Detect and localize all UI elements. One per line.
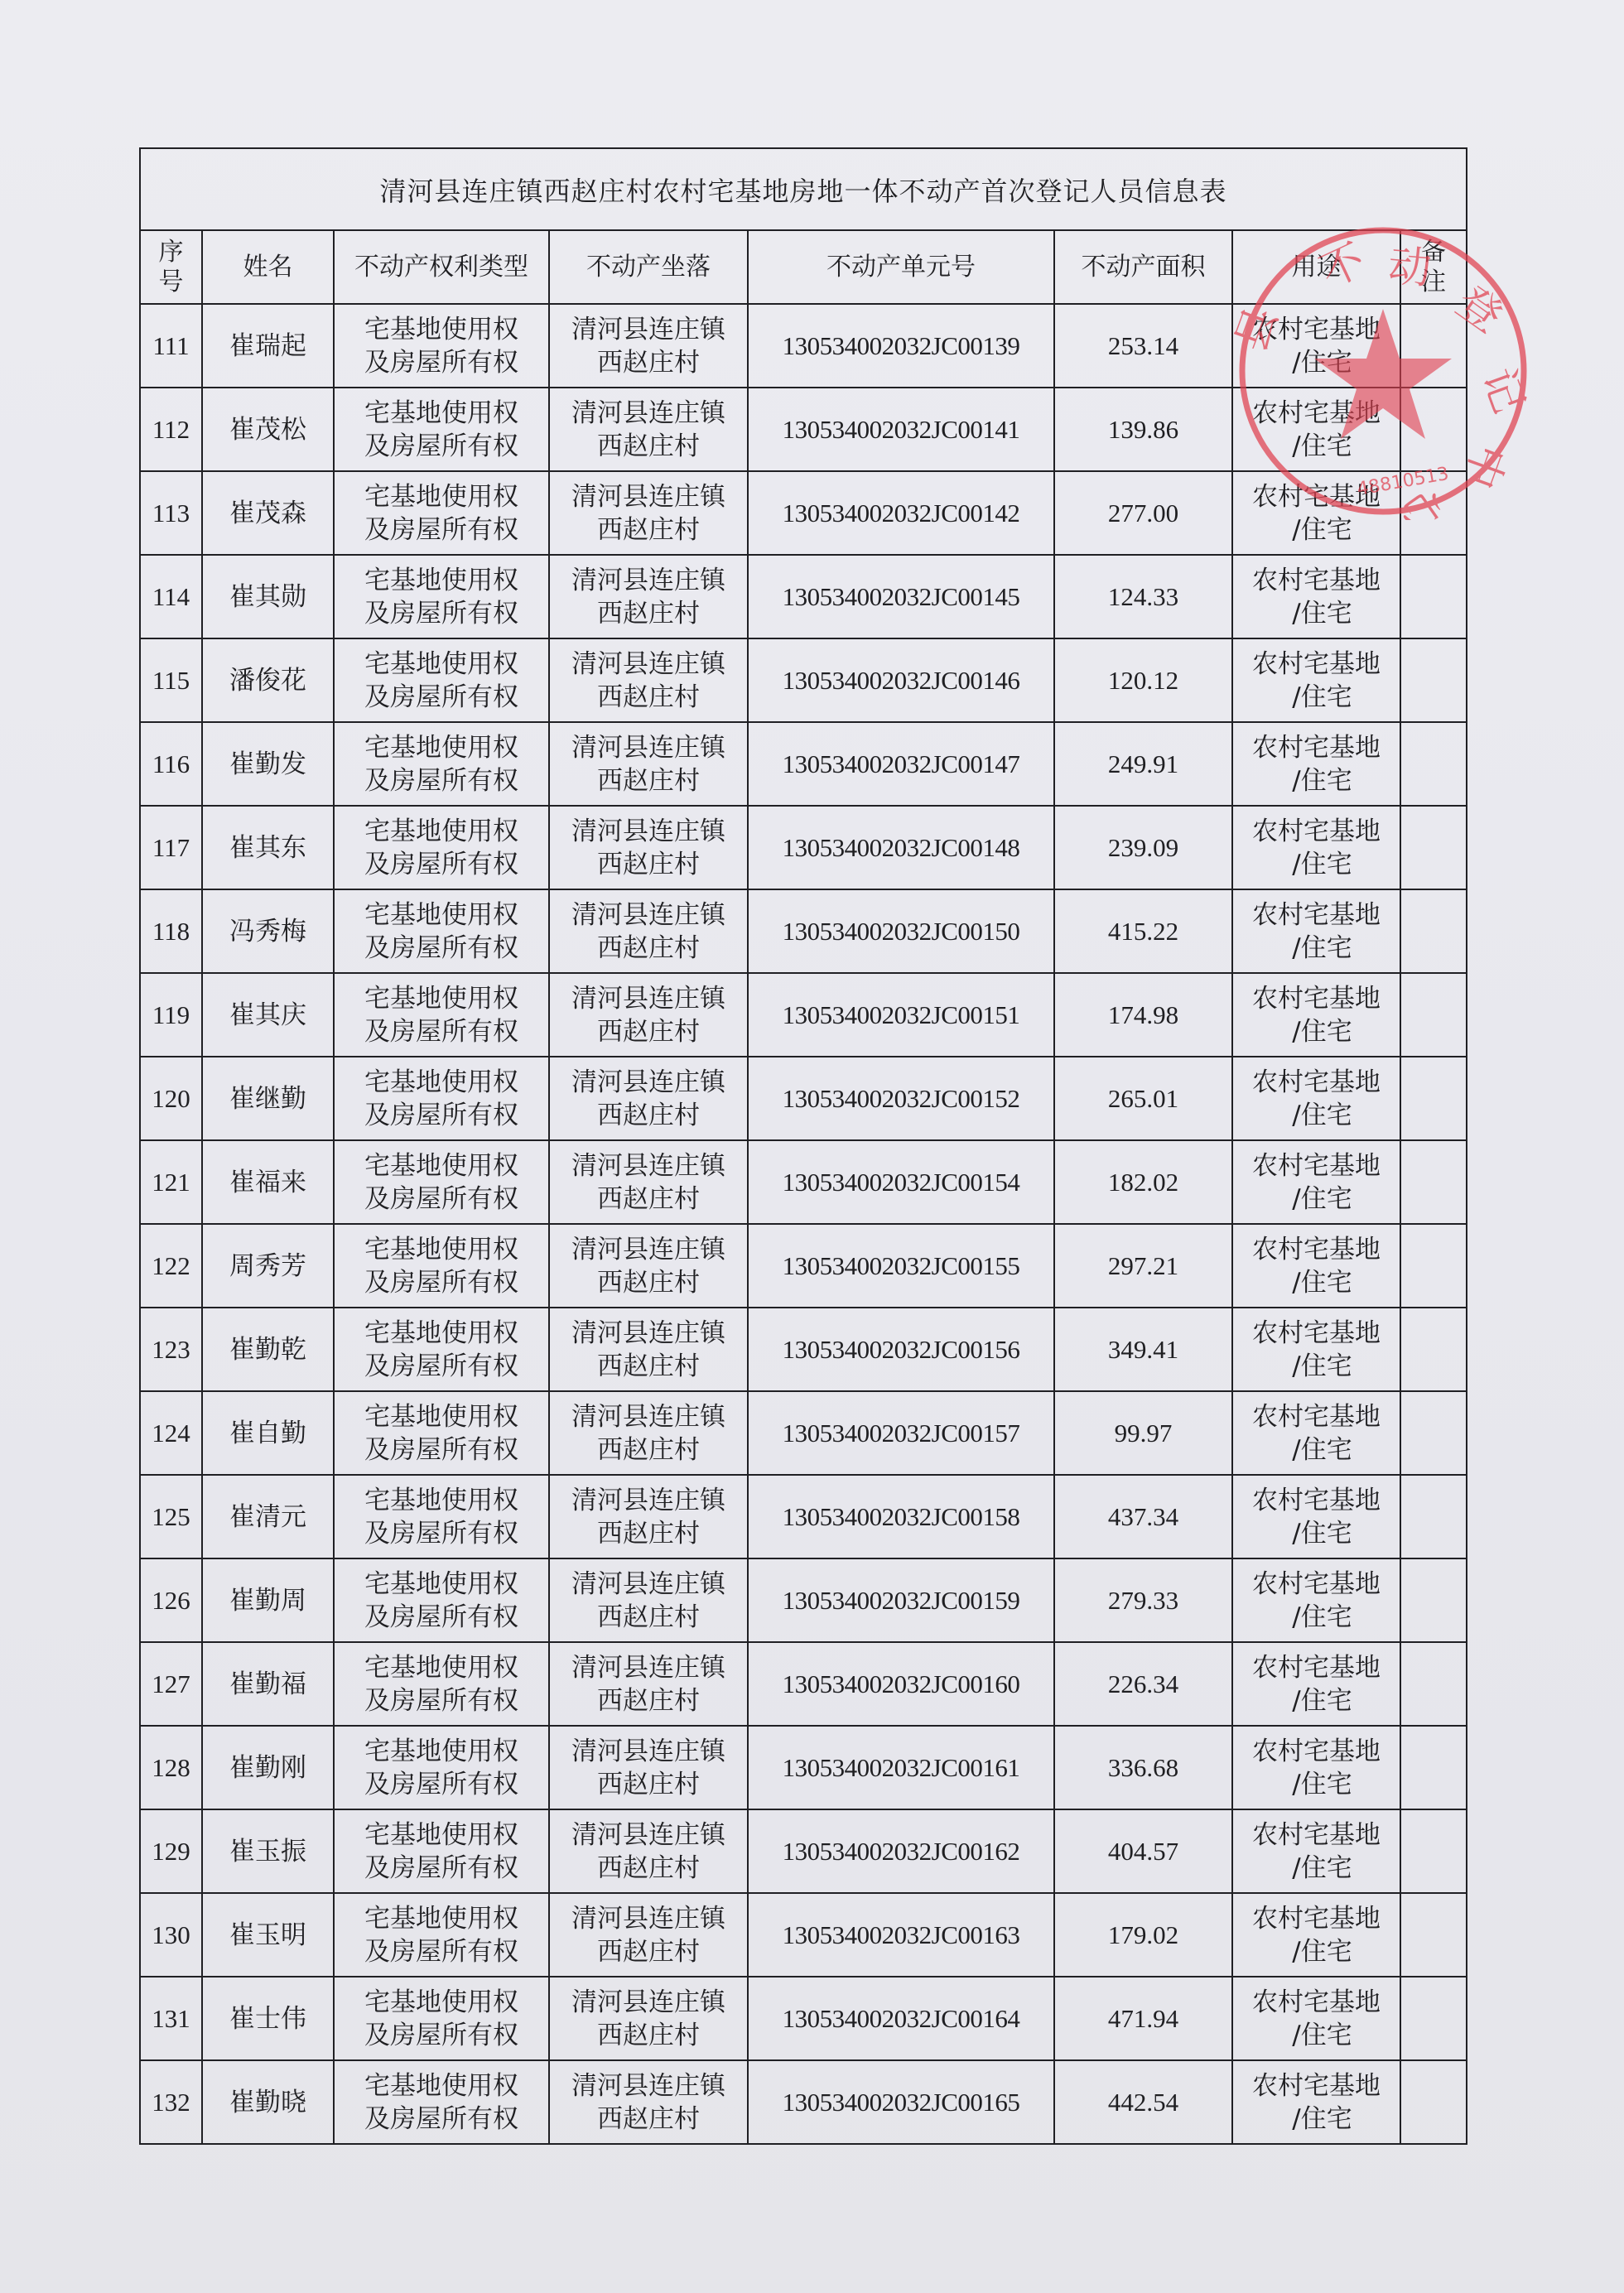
cell-right-type: 宅基地使用权及房屋所有权 <box>334 388 549 471</box>
cell-usage: 农村宅基地/住宅 <box>1232 471 1400 555</box>
table-row: 117崔其东宅基地使用权及房屋所有权清河县连庄镇西赵庄村130534002032… <box>140 806 1467 889</box>
scanned-page: 清河县连庄镇西赵庄村农村宅基地房地一体不动产首次登记人员信息表 序 号 姓名 不… <box>0 0 1624 2293</box>
cell-unit-no: 130534002032JC00139 <box>748 304 1054 388</box>
cell-index: 125 <box>140 1475 202 1558</box>
cell-unit-no: 130534002032JC00150 <box>748 889 1054 973</box>
table-row: 119崔其庆宅基地使用权及房屋所有权清河县连庄镇西赵庄村130534002032… <box>140 973 1467 1057</box>
cell-usage: 农村宅基地/住宅 <box>1232 1809 1400 1893</box>
table-title: 清河县连庄镇西赵庄村农村宅基地房地一体不动产首次登记人员信息表 <box>140 148 1467 230</box>
cell-right-type: 宅基地使用权及房屋所有权 <box>334 304 549 388</box>
cell-remark <box>1400 2060 1467 2144</box>
cell-name: 崔瑞起 <box>202 304 334 388</box>
table-row: 111崔瑞起宅基地使用权及房屋所有权清河县连庄镇西赵庄村130534002032… <box>140 304 1467 388</box>
header-index-line1: 序 <box>159 238 184 267</box>
cell-unit-no: 130534002032JC00165 <box>748 2060 1054 2144</box>
cell-index: 111 <box>140 304 202 388</box>
cell-name: 崔清元 <box>202 1475 334 1558</box>
cell-right-type: 宅基地使用权及房屋所有权 <box>334 1308 549 1391</box>
cell-area: 442.54 <box>1054 2060 1232 2144</box>
cell-name: 崔茂森 <box>202 471 334 555</box>
cell-area: 404.57 <box>1054 1809 1232 1893</box>
cell-index: 113 <box>140 471 202 555</box>
cell-unit-no: 130534002032JC00141 <box>748 388 1054 471</box>
cell-name: 崔其庆 <box>202 973 334 1057</box>
table-row: 129崔玉振宅基地使用权及房屋所有权清河县连庄镇西赵庄村130534002032… <box>140 1809 1467 1893</box>
cell-area: 336.68 <box>1054 1726 1232 1809</box>
table-row: 126崔勤周宅基地使用权及房屋所有权清河县连庄镇西赵庄村130534002032… <box>140 1558 1467 1642</box>
cell-right-type: 宅基地使用权及房屋所有权 <box>334 889 549 973</box>
cell-location: 清河县连庄镇西赵庄村 <box>549 304 748 388</box>
cell-location: 清河县连庄镇西赵庄村 <box>549 638 748 722</box>
cell-usage: 农村宅基地/住宅 <box>1232 388 1400 471</box>
cell-unit-no: 130534002032JC00156 <box>748 1308 1054 1391</box>
header-remark-line2: 注 <box>1421 267 1446 296</box>
cell-name: 崔其东 <box>202 806 334 889</box>
cell-usage: 农村宅基地/住宅 <box>1232 1057 1400 1140</box>
cell-unit-no: 130534002032JC00142 <box>748 471 1054 555</box>
cell-remark <box>1400 889 1467 973</box>
cell-usage: 农村宅基地/住宅 <box>1232 555 1400 638</box>
cell-location: 清河县连庄镇西赵庄村 <box>549 388 748 471</box>
cell-area: 471.94 <box>1054 1977 1232 2060</box>
cell-unit-no: 130534002032JC00154 <box>748 1140 1054 1224</box>
cell-location: 清河县连庄镇西赵庄村 <box>549 722 748 806</box>
cell-location: 清河县连庄镇西赵庄村 <box>549 1475 748 1558</box>
cell-location: 清河县连庄镇西赵庄村 <box>549 1057 748 1140</box>
cell-right-type: 宅基地使用权及房屋所有权 <box>334 1140 549 1224</box>
header-remark: 备 注 <box>1400 230 1467 304</box>
cell-area: 226.34 <box>1054 1642 1232 1726</box>
cell-index: 120 <box>140 1057 202 1140</box>
cell-location: 清河县连庄镇西赵庄村 <box>549 2060 748 2144</box>
cell-usage: 农村宅基地/住宅 <box>1232 1140 1400 1224</box>
cell-area: 279.33 <box>1054 1558 1232 1642</box>
cell-area: 139.86 <box>1054 388 1232 471</box>
cell-location: 清河县连庄镇西赵庄村 <box>549 471 748 555</box>
cell-unit-no: 130534002032JC00160 <box>748 1642 1054 1726</box>
cell-unit-no: 130534002032JC00155 <box>748 1224 1054 1308</box>
cell-right-type: 宅基地使用权及房屋所有权 <box>334 1893 549 1977</box>
table-row: 114崔其勋宅基地使用权及房屋所有权清河县连庄镇西赵庄村130534002032… <box>140 555 1467 638</box>
header-name: 姓名 <box>202 230 334 304</box>
cell-unit-no: 130534002032JC00146 <box>748 638 1054 722</box>
cell-area: 182.02 <box>1054 1140 1232 1224</box>
cell-name: 崔福来 <box>202 1140 334 1224</box>
cell-area: 174.98 <box>1054 973 1232 1057</box>
cell-right-type: 宅基地使用权及房屋所有权 <box>334 1057 549 1140</box>
cell-location: 清河县连庄镇西赵庄村 <box>549 1893 748 1977</box>
cell-usage: 农村宅基地/住宅 <box>1232 1642 1400 1726</box>
cell-location: 清河县连庄镇西赵庄村 <box>549 1224 748 1308</box>
cell-area: 120.12 <box>1054 638 1232 722</box>
cell-remark <box>1400 1391 1467 1475</box>
cell-index: 126 <box>140 1558 202 1642</box>
header-location: 不动产坐落 <box>549 230 748 304</box>
cell-right-type: 宅基地使用权及房屋所有权 <box>334 1475 549 1558</box>
cell-usage: 农村宅基地/住宅 <box>1232 889 1400 973</box>
cell-name: 崔玉明 <box>202 1893 334 1977</box>
cell-right-type: 宅基地使用权及房屋所有权 <box>334 2060 549 2144</box>
table-row: 123崔勤乾宅基地使用权及房屋所有权清河县连庄镇西赵庄村130534002032… <box>140 1308 1467 1391</box>
cell-index: 119 <box>140 973 202 1057</box>
table-row: 118冯秀梅宅基地使用权及房屋所有权清河县连庄镇西赵庄村130534002032… <box>140 889 1467 973</box>
cell-index: 131 <box>140 1977 202 2060</box>
header-unit-no: 不动产单元号 <box>748 230 1054 304</box>
cell-name: 崔勤福 <box>202 1642 334 1726</box>
registration-table: 清河县连庄镇西赵庄村农村宅基地房地一体不动产首次登记人员信息表 序 号 姓名 不… <box>139 147 1467 2145</box>
cell-location: 清河县连庄镇西赵庄村 <box>549 1809 748 1893</box>
cell-index: 121 <box>140 1140 202 1224</box>
cell-area: 99.97 <box>1054 1391 1232 1475</box>
cell-remark <box>1400 1057 1467 1140</box>
table-row: 127崔勤福宅基地使用权及房屋所有权清河县连庄镇西赵庄村130534002032… <box>140 1642 1467 1726</box>
cell-remark <box>1400 1726 1467 1809</box>
cell-name: 崔玉振 <box>202 1809 334 1893</box>
cell-usage: 农村宅基地/住宅 <box>1232 2060 1400 2144</box>
cell-index: 128 <box>140 1726 202 1809</box>
cell-remark <box>1400 1475 1467 1558</box>
header-area: 不动产面积 <box>1054 230 1232 304</box>
cell-area: 297.21 <box>1054 1224 1232 1308</box>
table-row: 132崔勤晓宅基地使用权及房屋所有权清河县连庄镇西赵庄村130534002032… <box>140 2060 1467 2144</box>
cell-right-type: 宅基地使用权及房屋所有权 <box>334 1726 549 1809</box>
cell-index: 118 <box>140 889 202 973</box>
cell-usage: 农村宅基地/住宅 <box>1232 973 1400 1057</box>
cell-index: 116 <box>140 722 202 806</box>
cell-right-type: 宅基地使用权及房屋所有权 <box>334 1809 549 1893</box>
table-row: 120崔继勤宅基地使用权及房屋所有权清河县连庄镇西赵庄村130534002032… <box>140 1057 1467 1140</box>
cell-index: 122 <box>140 1224 202 1308</box>
table-row: 130崔玉明宅基地使用权及房屋所有权清河县连庄镇西赵庄村130534002032… <box>140 1893 1467 1977</box>
cell-location: 清河县连庄镇西赵庄村 <box>549 1391 748 1475</box>
cell-unit-no: 130534002032JC00148 <box>748 806 1054 889</box>
cell-right-type: 宅基地使用权及房屋所有权 <box>334 973 549 1057</box>
cell-area: 349.41 <box>1054 1308 1232 1391</box>
cell-remark <box>1400 806 1467 889</box>
cell-name: 崔勤乾 <box>202 1308 334 1391</box>
cell-unit-no: 130534002032JC00161 <box>748 1726 1054 1809</box>
cell-location: 清河县连庄镇西赵庄村 <box>549 889 748 973</box>
cell-remark <box>1400 1558 1467 1642</box>
cell-remark <box>1400 304 1467 388</box>
cell-right-type: 宅基地使用权及房屋所有权 <box>334 806 549 889</box>
cell-usage: 农村宅基地/住宅 <box>1232 638 1400 722</box>
cell-name: 崔茂松 <box>202 388 334 471</box>
header-row: 序 号 姓名 不动产权利类型 不动产坐落 不动产单元号 不动产面积 用途 备 注 <box>140 230 1467 304</box>
cell-remark <box>1400 1308 1467 1391</box>
cell-location: 清河县连庄镇西赵庄村 <box>549 1558 748 1642</box>
cell-right-type: 宅基地使用权及房屋所有权 <box>334 1558 549 1642</box>
cell-area: 249.91 <box>1054 722 1232 806</box>
cell-index: 132 <box>140 2060 202 2144</box>
cell-location: 清河县连庄镇西赵庄村 <box>549 1140 748 1224</box>
cell-unit-no: 130534002032JC00145 <box>748 555 1054 638</box>
cell-usage: 农村宅基地/住宅 <box>1232 1391 1400 1475</box>
table-body: 111崔瑞起宅基地使用权及房屋所有权清河县连庄镇西赵庄村130534002032… <box>140 304 1467 2144</box>
cell-remark <box>1400 388 1467 471</box>
cell-name: 崔勤晓 <box>202 2060 334 2144</box>
cell-remark <box>1400 1224 1467 1308</box>
cell-name: 崔勤周 <box>202 1558 334 1642</box>
cell-index: 130 <box>140 1893 202 1977</box>
table-row: 131崔士伟宅基地使用权及房屋所有权清河县连庄镇西赵庄村130534002032… <box>140 1977 1467 2060</box>
table-row: 112崔茂松宅基地使用权及房屋所有权清河县连庄镇西赵庄村130534002032… <box>140 388 1467 471</box>
cell-area: 277.00 <box>1054 471 1232 555</box>
cell-index: 124 <box>140 1391 202 1475</box>
cell-right-type: 宅基地使用权及房屋所有权 <box>334 638 549 722</box>
cell-index: 127 <box>140 1642 202 1726</box>
cell-area: 415.22 <box>1054 889 1232 973</box>
cell-index: 123 <box>140 1308 202 1391</box>
cell-usage: 农村宅基地/住宅 <box>1232 1224 1400 1308</box>
cell-unit-no: 130534002032JC00158 <box>748 1475 1054 1558</box>
svg-text:记: 记 <box>1472 362 1532 419</box>
cell-name: 潘俊花 <box>202 638 334 722</box>
cell-location: 清河县连庄镇西赵庄村 <box>549 1977 748 2060</box>
cell-area: 265.01 <box>1054 1057 1232 1140</box>
header-usage: 用途 <box>1232 230 1400 304</box>
cell-unit-no: 130534002032JC00147 <box>748 722 1054 806</box>
header-index-line2: 号 <box>159 267 184 296</box>
cell-usage: 农村宅基地/住宅 <box>1232 1308 1400 1391</box>
cell-right-type: 宅基地使用权及房屋所有权 <box>334 1642 549 1726</box>
cell-area: 437.34 <box>1054 1475 1232 1558</box>
cell-location: 清河县连庄镇西赵庄村 <box>549 555 748 638</box>
header-index: 序 号 <box>140 230 202 304</box>
cell-location: 清河县连庄镇西赵庄村 <box>549 1642 748 1726</box>
table-row: 113崔茂森宅基地使用权及房屋所有权清河县连庄镇西赵庄村130534002032… <box>140 471 1467 555</box>
cell-right-type: 宅基地使用权及房屋所有权 <box>334 722 549 806</box>
cell-name: 崔继勤 <box>202 1057 334 1140</box>
table-row: 124崔自勤宅基地使用权及房屋所有权清河县连庄镇西赵庄村130534002032… <box>140 1391 1467 1475</box>
cell-right-type: 宅基地使用权及房屋所有权 <box>334 471 549 555</box>
cell-name: 崔勤发 <box>202 722 334 806</box>
cell-unit-no: 130534002032JC00164 <box>748 1977 1054 2060</box>
cell-unit-no: 130534002032JC00157 <box>748 1391 1054 1475</box>
table-row: 121崔福来宅基地使用权及房屋所有权清河县连庄镇西赵庄村130534002032… <box>140 1140 1467 1224</box>
cell-usage: 农村宅基地/住宅 <box>1232 1558 1400 1642</box>
table-row: 125崔清元宅基地使用权及房屋所有权清河县连庄镇西赵庄村130534002032… <box>140 1475 1467 1558</box>
cell-remark <box>1400 973 1467 1057</box>
cell-name: 冯秀梅 <box>202 889 334 973</box>
cell-usage: 农村宅基地/住宅 <box>1232 304 1400 388</box>
cell-area: 179.02 <box>1054 1893 1232 1977</box>
cell-index: 114 <box>140 555 202 638</box>
cell-remark <box>1400 1140 1467 1224</box>
cell-area: 239.09 <box>1054 806 1232 889</box>
cell-right-type: 宅基地使用权及房屋所有权 <box>334 1977 549 2060</box>
cell-location: 清河县连庄镇西赵庄村 <box>549 806 748 889</box>
cell-unit-no: 130534002032JC00163 <box>748 1893 1054 1977</box>
cell-name: 崔勤刚 <box>202 1726 334 1809</box>
cell-remark <box>1400 1809 1467 1893</box>
cell-unit-no: 130534002032JC00151 <box>748 973 1054 1057</box>
cell-right-type: 宅基地使用权及房屋所有权 <box>334 1391 549 1475</box>
cell-right-type: 宅基地使用权及房屋所有权 <box>334 1224 549 1308</box>
cell-name: 崔自勤 <box>202 1391 334 1475</box>
header-remark-line1: 备 <box>1421 238 1446 267</box>
cell-remark <box>1400 1977 1467 2060</box>
cell-right-type: 宅基地使用权及房屋所有权 <box>334 555 549 638</box>
header-right-type: 不动产权利类型 <box>334 230 549 304</box>
cell-usage: 农村宅基地/住宅 <box>1232 806 1400 889</box>
cell-usage: 农村宅基地/住宅 <box>1232 1977 1400 2060</box>
cell-remark <box>1400 638 1467 722</box>
cell-unit-no: 130534002032JC00162 <box>748 1809 1054 1893</box>
cell-index: 115 <box>140 638 202 722</box>
cell-area: 124.33 <box>1054 555 1232 638</box>
cell-location: 清河县连庄镇西赵庄村 <box>549 1308 748 1391</box>
cell-remark <box>1400 1642 1467 1726</box>
cell-usage: 农村宅基地/住宅 <box>1232 722 1400 806</box>
cell-name: 崔其勋 <box>202 555 334 638</box>
cell-location: 清河县连庄镇西赵庄村 <box>549 973 748 1057</box>
cell-usage: 农村宅基地/住宅 <box>1232 1475 1400 1558</box>
cell-remark <box>1400 1893 1467 1977</box>
cell-name: 周秀芳 <box>202 1224 334 1308</box>
cell-remark <box>1400 555 1467 638</box>
table-row: 122周秀芳宅基地使用权及房屋所有权清河县连庄镇西赵庄村130534002032… <box>140 1224 1467 1308</box>
cell-remark <box>1400 722 1467 806</box>
cell-index: 112 <box>140 388 202 471</box>
table-row: 116崔勤发宅基地使用权及房屋所有权清河县连庄镇西赵庄村130534002032… <box>140 722 1467 806</box>
cell-unit-no: 130534002032JC00152 <box>748 1057 1054 1140</box>
cell-remark <box>1400 471 1467 555</box>
cell-usage: 农村宅基地/住宅 <box>1232 1893 1400 1977</box>
cell-index: 129 <box>140 1809 202 1893</box>
table-row: 128崔勤刚宅基地使用权及房屋所有权清河县连庄镇西赵庄村130534002032… <box>140 1726 1467 1809</box>
cell-index: 117 <box>140 806 202 889</box>
cell-usage: 农村宅基地/住宅 <box>1232 1726 1400 1809</box>
cell-location: 清河县连庄镇西赵庄村 <box>549 1726 748 1809</box>
table-row: 115潘俊花宅基地使用权及房屋所有权清河县连庄镇西赵庄村130534002032… <box>140 638 1467 722</box>
cell-name: 崔士伟 <box>202 1977 334 2060</box>
cell-area: 253.14 <box>1054 304 1232 388</box>
cell-unit-no: 130534002032JC00159 <box>748 1558 1054 1642</box>
